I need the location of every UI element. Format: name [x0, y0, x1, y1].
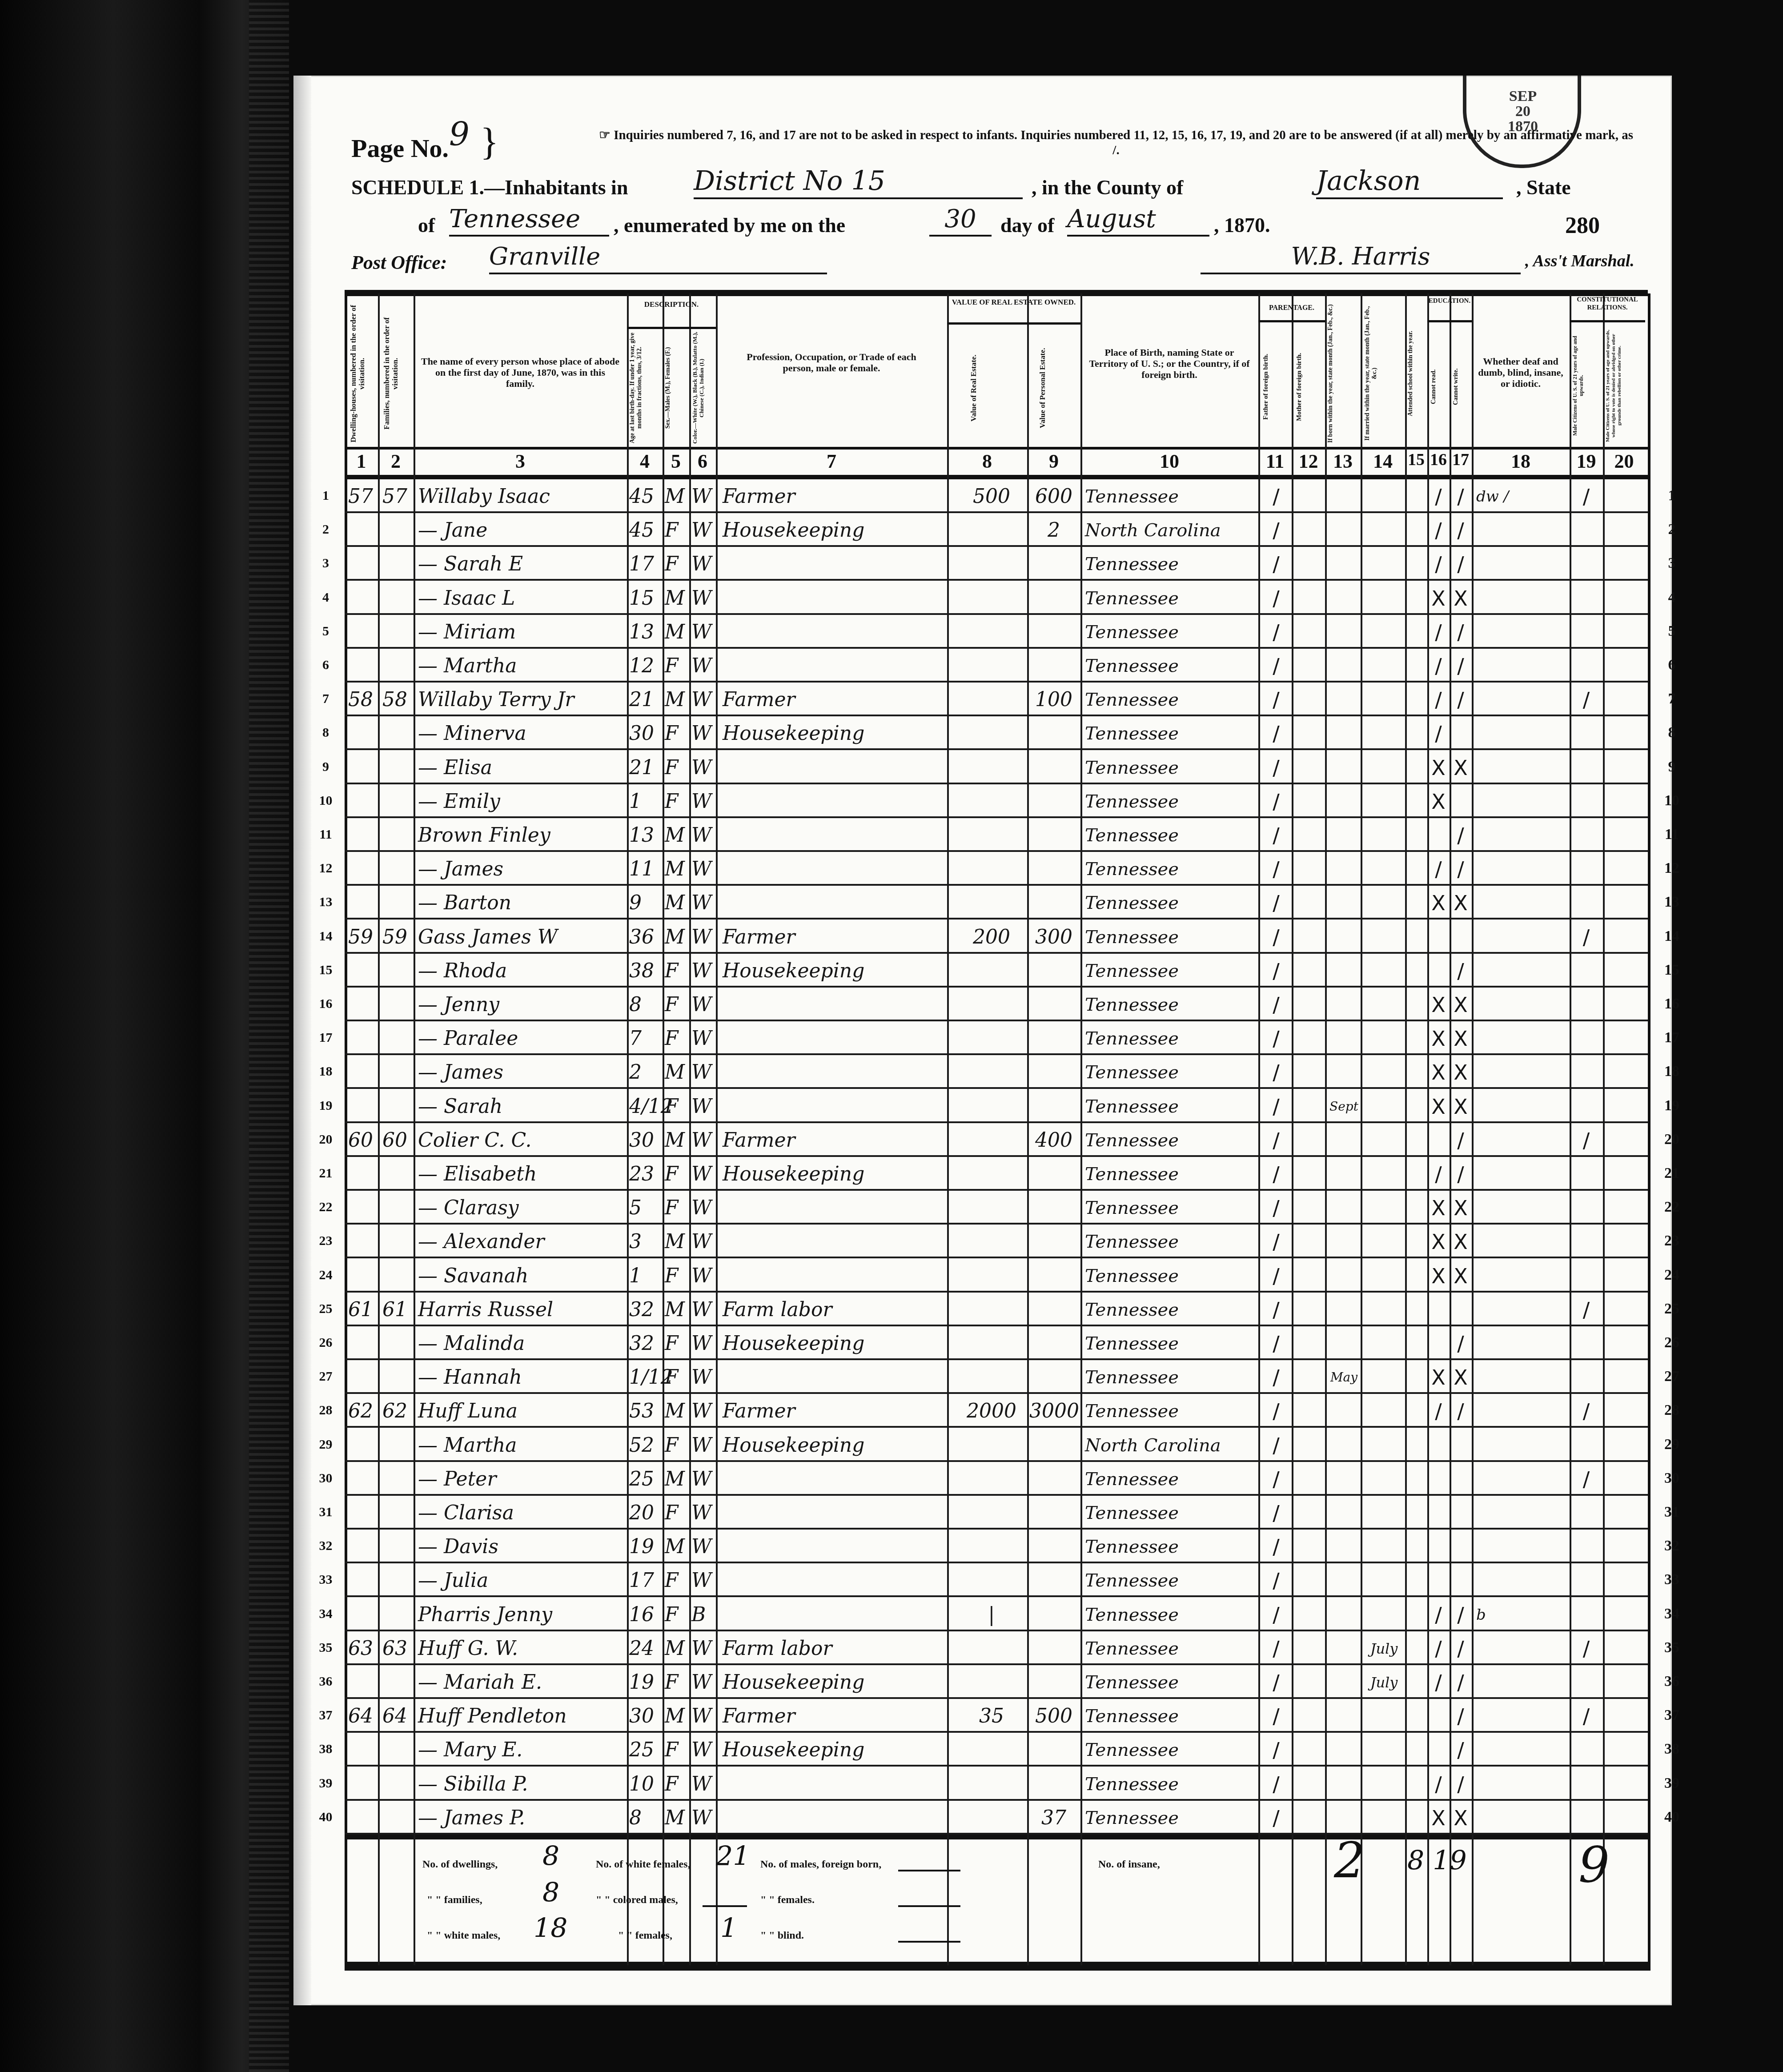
real-estate-value — [958, 1025, 1025, 1052]
birthplace: Tennessee — [1085, 550, 1258, 578]
real-estate-value — [958, 1669, 1025, 1696]
person-name: Huff Luna — [418, 1397, 627, 1425]
disability-note — [1476, 1499, 1565, 1527]
father-foreign-mark: / — [1261, 1601, 1292, 1629]
occupation: Farmer — [723, 1703, 945, 1730]
occupation — [723, 822, 945, 849]
microfilm-binding-edge — [0, 0, 285, 2072]
age: 32 — [629, 1296, 663, 1324]
description-group-rule — [627, 327, 716, 329]
school-mark — [1405, 754, 1427, 782]
father-foreign-mark: / — [1261, 957, 1292, 985]
disability-note — [1476, 517, 1565, 544]
col-header-1: Dwelling-houses, numbered in the order o… — [349, 302, 376, 445]
disability-note — [1476, 1432, 1565, 1459]
color: W — [691, 1296, 716, 1324]
cannot-write-mark: / — [1450, 618, 1472, 646]
dwelling-number — [348, 1567, 379, 1594]
person-name: — Clarasy — [418, 1194, 627, 1222]
occupation: Housekeeping — [723, 1160, 945, 1188]
group-education: EDUCATION. — [1427, 297, 1472, 305]
father-foreign-mark: / — [1261, 1194, 1292, 1222]
birthplace: Tennessee — [1085, 1533, 1258, 1561]
married-month — [1363, 822, 1405, 849]
table-row: 3 — Sarah E 17 F W Tennessee / / / 3 — [345, 547, 1648, 581]
sex: M — [665, 585, 689, 612]
cannot-read-mark: / — [1427, 652, 1450, 680]
birthplace: Tennessee — [1085, 1160, 1258, 1188]
col-number-19: 19 — [1570, 450, 1603, 477]
cannot-read-mark — [1427, 1567, 1450, 1594]
age: 23 — [629, 1160, 663, 1188]
dwelling-number — [348, 1194, 379, 1222]
born-month — [1327, 1567, 1361, 1594]
sex: F — [665, 1567, 689, 1594]
line-number-right: 12 — [1656, 857, 1687, 879]
married-month: July — [1363, 1669, 1405, 1696]
vote-denied-mark — [1603, 1397, 1645, 1425]
birthplace: Tennessee — [1085, 991, 1258, 1019]
color: W — [691, 855, 716, 883]
disability-note — [1476, 754, 1565, 782]
real-estate-value — [958, 1059, 1025, 1086]
vote-denied-mark — [1603, 1466, 1645, 1493]
col-number-12: 12 — [1292, 450, 1325, 477]
sex: M — [665, 483, 689, 510]
disability-note: b — [1476, 1601, 1565, 1629]
disability-note — [1476, 585, 1565, 612]
color: W — [691, 1736, 716, 1764]
data-bottom-rule — [345, 1834, 1648, 1839]
real-estate-value — [958, 855, 1025, 883]
sex: M — [665, 1059, 689, 1086]
color: W — [691, 1432, 716, 1459]
person-name: Willaby Terry Jr — [418, 686, 627, 714]
col-number-20: 20 — [1603, 450, 1645, 477]
cannot-write-mark: / — [1450, 1736, 1472, 1764]
line-number-left: 27 — [313, 1365, 338, 1388]
line-number-left: 16 — [313, 993, 338, 1015]
table-row: 28 62 62 Huff Luna 53 M W Farmer 2000 30… — [345, 1394, 1648, 1428]
father-foreign-mark: / — [1261, 1432, 1292, 1459]
cannot-write-mark: / — [1450, 1127, 1472, 1154]
birthplace: Tennessee — [1085, 1601, 1258, 1629]
table-row: 26 — Malinda 32 F W Housekeeping Tenness… — [345, 1326, 1648, 1360]
married-month — [1363, 483, 1405, 510]
birthplace: Tennessee — [1085, 1703, 1258, 1730]
occupation: Farmer — [723, 686, 945, 714]
married-month — [1363, 1330, 1405, 1357]
citizen-mark — [1570, 889, 1603, 917]
person-name: — Malinda — [418, 1330, 627, 1357]
dwelling-number — [348, 1771, 379, 1798]
real-estate-value — [958, 1330, 1025, 1357]
personal-estate-value — [1029, 1262, 1078, 1290]
sex: F — [665, 754, 689, 782]
born-month — [1327, 1635, 1361, 1662]
dwelling-number — [348, 720, 379, 747]
color: W — [691, 585, 716, 612]
born-month — [1327, 991, 1361, 1019]
line-number-left: 30 — [313, 1467, 338, 1490]
school-mark — [1405, 517, 1427, 544]
cannot-read-mark — [1427, 957, 1450, 985]
citizen-mark: / — [1570, 1635, 1603, 1662]
col-number-11: 11 — [1258, 450, 1292, 477]
table-row: 11 Brown Finley 13 M W Tennessee / / 11 — [345, 818, 1648, 852]
cannot-read-mark: X — [1427, 1364, 1450, 1391]
cannot-write-mark: / — [1450, 1703, 1472, 1730]
col-header-14: If married within the year, state month … — [1364, 302, 1402, 445]
family-number: 59 — [382, 924, 416, 951]
real-estate-value — [958, 754, 1025, 782]
line-number-left: 2 — [313, 518, 338, 541]
vote-denied-mark — [1603, 1635, 1645, 1662]
county-label: , in the County of — [1032, 176, 1183, 199]
family-number — [382, 754, 416, 782]
father-foreign-mark: / — [1261, 855, 1292, 883]
dwelling-number — [348, 822, 379, 849]
born-month — [1327, 1533, 1361, 1561]
occupation: Housekeeping — [723, 517, 945, 544]
disability-note — [1476, 1330, 1565, 1357]
father-foreign-mark: / — [1261, 1330, 1292, 1357]
cannot-write-mark: / — [1450, 652, 1472, 680]
dwelling-number: 62 — [348, 1397, 379, 1425]
col-header-17: Cannot write. — [1452, 329, 1470, 445]
school-mark — [1405, 788, 1427, 815]
school-mark — [1405, 924, 1427, 951]
age: 15 — [629, 585, 663, 612]
col-header-16: Cannot read. — [1430, 329, 1448, 445]
occupation: Housekeeping — [723, 1669, 945, 1696]
family-number — [382, 1160, 416, 1188]
birthplace: Tennessee — [1085, 686, 1258, 714]
col-header-7: Profession, Occupation, or Trade of each… — [734, 351, 929, 373]
table-row: 37 64 64 Huff Pendleton 30 M W Farmer 35… — [345, 1699, 1648, 1733]
cannot-write-mark — [1450, 720, 1472, 747]
vote-denied-mark — [1603, 1736, 1645, 1764]
dwelling-number — [348, 1364, 379, 1391]
person-name: — Sibilla P. — [418, 1771, 627, 1798]
cannot-write-mark — [1450, 1499, 1472, 1527]
cannot-write-mark — [1450, 924, 1472, 951]
line-number-left: 25 — [313, 1298, 338, 1320]
personal-estate-value — [1029, 1025, 1078, 1052]
citizen-mark — [1570, 1771, 1603, 1798]
citizen-mark — [1570, 1330, 1603, 1357]
age: 9 — [629, 889, 663, 917]
vote-denied-mark — [1603, 754, 1645, 782]
person-name: — Rhoda — [418, 957, 627, 985]
citizen-mark: / — [1570, 1296, 1603, 1324]
family-number — [382, 1601, 416, 1629]
disability-note — [1476, 720, 1565, 747]
vote-denied-mark — [1603, 1669, 1645, 1696]
family-number: 60 — [382, 1127, 416, 1154]
color: W — [691, 483, 716, 510]
occupation — [723, 1466, 945, 1493]
col-number-14: 14 — [1361, 450, 1405, 477]
personal-estate-value — [1029, 1228, 1078, 1256]
birthplace: Tennessee — [1085, 924, 1258, 951]
vote-denied-mark — [1603, 483, 1645, 510]
line-number-right: 31 — [1656, 1501, 1687, 1523]
page-shadow — [293, 76, 311, 2005]
sex: M — [665, 1466, 689, 1493]
age: 11 — [629, 855, 663, 883]
cannot-read-mark — [1427, 1499, 1450, 1527]
birthplace: Tennessee — [1085, 1262, 1258, 1290]
family-number — [382, 788, 416, 815]
col-header-10: Place of Birth, naming State or Territor… — [1087, 347, 1252, 380]
color: W — [691, 517, 716, 544]
col-header-5: Sex.—Males (M.), Females (F.) — [665, 331, 687, 445]
cannot-read-mark: X — [1427, 889, 1450, 917]
occupation — [723, 1533, 945, 1561]
page-number-label: Page No. — [351, 133, 449, 163]
father-foreign-mark: / — [1261, 1262, 1292, 1290]
personal-estate-value: 3000 — [1029, 1397, 1078, 1425]
vote-denied-mark — [1603, 1127, 1645, 1154]
real-estate-value — [958, 1296, 1025, 1324]
married-month — [1363, 1432, 1405, 1459]
father-foreign-mark: / — [1261, 1804, 1292, 1832]
sex: M — [665, 618, 689, 646]
personal-estate-value — [1029, 1736, 1078, 1764]
vote-denied-mark — [1603, 788, 1645, 815]
real-estate-value — [958, 889, 1025, 917]
personal-estate-value: 400 — [1029, 1127, 1078, 1154]
disability-note — [1476, 1466, 1565, 1493]
line-number-right: 16 — [1656, 993, 1687, 1015]
cannot-read-mark: X — [1427, 788, 1450, 815]
dwelling-number — [348, 652, 379, 680]
cannot-write-mark: X — [1450, 1262, 1472, 1290]
cannot-read-mark: / — [1427, 1635, 1450, 1662]
vote-denied-mark — [1603, 1499, 1645, 1527]
school-mark — [1405, 483, 1427, 510]
occupation — [723, 754, 945, 782]
cannot-read-mark: X — [1427, 1093, 1450, 1120]
born-month — [1327, 1669, 1361, 1696]
age: 21 — [629, 686, 663, 714]
dwelling-number — [348, 550, 379, 578]
col-number-1: 1 — [345, 450, 378, 477]
dwelling-number — [348, 855, 379, 883]
personal-estate-value — [1029, 1194, 1078, 1222]
disability-note — [1476, 1669, 1565, 1696]
married-month — [1363, 1296, 1405, 1324]
birthplace: Tennessee — [1085, 720, 1258, 747]
citizen-mark — [1570, 1093, 1603, 1120]
col-number-5: 5 — [663, 450, 689, 477]
vote-denied-mark — [1603, 924, 1645, 951]
citizen-mark — [1570, 855, 1603, 883]
father-foreign-mark: / — [1261, 585, 1292, 612]
personal-estate-value: 500 — [1029, 1703, 1078, 1730]
col-header-13: If born within the year, state month (Ja… — [1327, 302, 1358, 445]
sex: F — [665, 788, 689, 815]
personal-estate-value — [1029, 1567, 1078, 1594]
line-number-right: 32 — [1656, 1535, 1687, 1557]
state-field: Tennessee — [449, 205, 609, 237]
vote-denied-mark — [1603, 517, 1645, 544]
dwelling-number — [348, 957, 379, 985]
birthplace: Tennessee — [1085, 1025, 1258, 1052]
cannot-read-mark — [1427, 1533, 1450, 1561]
cannot-write-mark: X — [1450, 889, 1472, 917]
father-foreign-mark: / — [1261, 1160, 1292, 1188]
person-name: — Minerva — [418, 720, 627, 747]
disability-note — [1476, 1059, 1565, 1086]
line-number-right: 18 — [1656, 1060, 1687, 1083]
cannot-read-mark — [1427, 1432, 1450, 1459]
tally-citizens: 9 — [1578, 1836, 1610, 1893]
married-month — [1363, 855, 1405, 883]
real-estate-value — [958, 1194, 1025, 1222]
cannot-write-mark: / — [1450, 1330, 1472, 1357]
personal-estate-value: 2 — [1029, 517, 1078, 544]
dwelling-number: 59 — [348, 924, 379, 951]
table-row: 34 Pharris Jenny 16 F B | Tennessee / / … — [345, 1598, 1648, 1631]
occupation — [723, 1228, 945, 1256]
disability-note — [1476, 1736, 1565, 1764]
state-label: , State — [1516, 176, 1571, 199]
born-month — [1327, 1397, 1361, 1425]
family-number — [382, 1059, 416, 1086]
birthplace: Tennessee — [1085, 1466, 1258, 1493]
line-number-right: 20 — [1656, 1128, 1687, 1151]
family-number — [382, 855, 416, 883]
dwelling-number — [348, 1059, 379, 1086]
birthplace: Tennessee — [1085, 1736, 1258, 1764]
real-estate-value — [958, 1635, 1025, 1662]
married-month — [1363, 1228, 1405, 1256]
born-month — [1327, 1804, 1361, 1832]
sex: F — [665, 1025, 689, 1052]
colored-males-label: " " colored males, — [596, 1894, 678, 1906]
line-number-right: 39 — [1656, 1772, 1687, 1795]
sex: F — [665, 1330, 689, 1357]
married-month — [1363, 720, 1405, 747]
table-row: 22 — Clarasy 5 F W Tennessee / X X 22 — [345, 1191, 1648, 1225]
born-month: Sept — [1327, 1093, 1361, 1120]
district-field: District No 15 — [694, 165, 1023, 199]
dwelling-number: 60 — [348, 1127, 379, 1154]
father-foreign-mark: / — [1261, 1567, 1292, 1594]
occupation — [723, 1025, 945, 1052]
birthplace: Tennessee — [1085, 1499, 1258, 1527]
sex: M — [665, 1228, 689, 1256]
personal-estate-value — [1029, 788, 1078, 815]
citizen-mark — [1570, 1262, 1603, 1290]
personal-estate-value — [1029, 1330, 1078, 1357]
born-month — [1327, 1466, 1361, 1493]
school-mark — [1405, 1533, 1427, 1561]
table-row: 35 63 63 Huff G. W. 24 M W Farm labor Te… — [345, 1631, 1648, 1665]
line-number-right: 40 — [1656, 1806, 1687, 1828]
person-name: — Sarah — [418, 1093, 627, 1120]
person-name: Willaby Isaac — [418, 483, 627, 510]
cannot-read-mark: X — [1427, 754, 1450, 782]
dwelling-number: 63 — [348, 1635, 379, 1662]
age: 30 — [629, 720, 663, 747]
vote-denied-mark — [1603, 1025, 1645, 1052]
married-month — [1363, 1194, 1405, 1222]
table-row: 19 — Sarah 4/12 F W Tennessee / Sept X X… — [345, 1089, 1648, 1123]
dwelling-number — [348, 1533, 379, 1561]
married-month — [1363, 1466, 1405, 1493]
family-number — [382, 1228, 416, 1256]
school-mark — [1405, 550, 1427, 578]
line-number-left: 14 — [313, 925, 338, 948]
real-estate-value — [958, 517, 1025, 544]
citizen-mark — [1570, 1567, 1603, 1594]
occupation: Housekeeping — [723, 1432, 945, 1459]
line-number-right: 14 — [1656, 925, 1687, 948]
dwelling-number — [348, 618, 379, 646]
citizen-mark — [1570, 618, 1603, 646]
males-foreign-blank — [898, 1870, 960, 1871]
married-month — [1363, 957, 1405, 985]
table-row: 25 61 61 Harris Russel 32 M W Farm labor… — [345, 1293, 1648, 1326]
blind-blank — [898, 1941, 960, 1943]
age: 5 — [629, 1194, 663, 1222]
age: 13 — [629, 618, 663, 646]
cannot-write-mark: X — [1450, 1059, 1472, 1086]
personal-estate-value — [1029, 1466, 1078, 1493]
personal-estate-value — [1029, 1601, 1078, 1629]
cannot-read-mark: / — [1427, 550, 1450, 578]
married-month — [1363, 1160, 1405, 1188]
married-month — [1363, 1601, 1405, 1629]
color: W — [691, 1466, 716, 1493]
sex: M — [665, 1703, 689, 1730]
cannot-read-mark — [1427, 1127, 1450, 1154]
occupation: Farm labor — [723, 1635, 945, 1662]
insane-label: No. of insane, — [1098, 1859, 1160, 1871]
line-number-left: 36 — [313, 1670, 338, 1693]
dwelling-number — [348, 1330, 379, 1357]
birthplace: Tennessee — [1085, 1397, 1258, 1425]
age: 21 — [629, 754, 663, 782]
disability-note — [1476, 788, 1565, 815]
age: 53 — [629, 1397, 663, 1425]
age: 16 — [629, 1601, 663, 1629]
table-top-rule — [345, 290, 1648, 293]
dwelling-number — [348, 991, 379, 1019]
citizen-mark — [1570, 1194, 1603, 1222]
color: W — [691, 1262, 716, 1290]
family-number — [382, 652, 416, 680]
vote-denied-mark — [1603, 1194, 1645, 1222]
father-foreign-mark: / — [1261, 1025, 1292, 1052]
line-number-left: 21 — [313, 1162, 338, 1185]
disability-note — [1476, 1093, 1565, 1120]
cannot-read-mark — [1427, 924, 1450, 951]
col-header-9: Value of Personal Estate. — [1038, 331, 1074, 445]
school-mark — [1405, 1703, 1427, 1730]
line-number-left: 35 — [313, 1637, 338, 1659]
table-row: 20 60 60 Colier C. C. 30 M W Farmer 400 … — [345, 1123, 1648, 1157]
foreign-females-label: " " females. — [760, 1894, 815, 1906]
school-mark — [1405, 1093, 1427, 1120]
cannot-read-mark: X — [1427, 1262, 1450, 1290]
disability-note — [1476, 855, 1565, 883]
cannot-read-mark: X — [1427, 1059, 1450, 1086]
married-month — [1363, 517, 1405, 544]
